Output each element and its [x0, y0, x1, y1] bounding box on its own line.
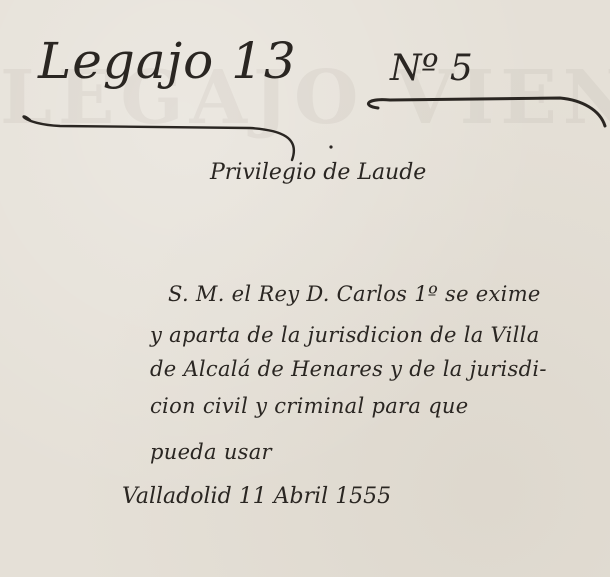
body-line-1: S. M. el Rey D. Carlos 1º se exime	[168, 282, 541, 306]
body-line-4: cion civil y criminal para que	[150, 394, 468, 418]
body-line-5: pueda usar	[150, 440, 272, 464]
archival-document-page: LEGAJO VIENE Legajo 13 Nº 5 Privilegio d…	[0, 0, 610, 577]
body-line-2: y aparta de la jurisdicion de la Villa	[150, 323, 540, 347]
date-line: Valladolid 11 Abril 1555	[122, 484, 391, 509]
body-line-3: de Alcalá de Henares y de la jurisdi-	[150, 357, 547, 381]
document-title: Privilegio de Laude	[210, 160, 426, 185]
